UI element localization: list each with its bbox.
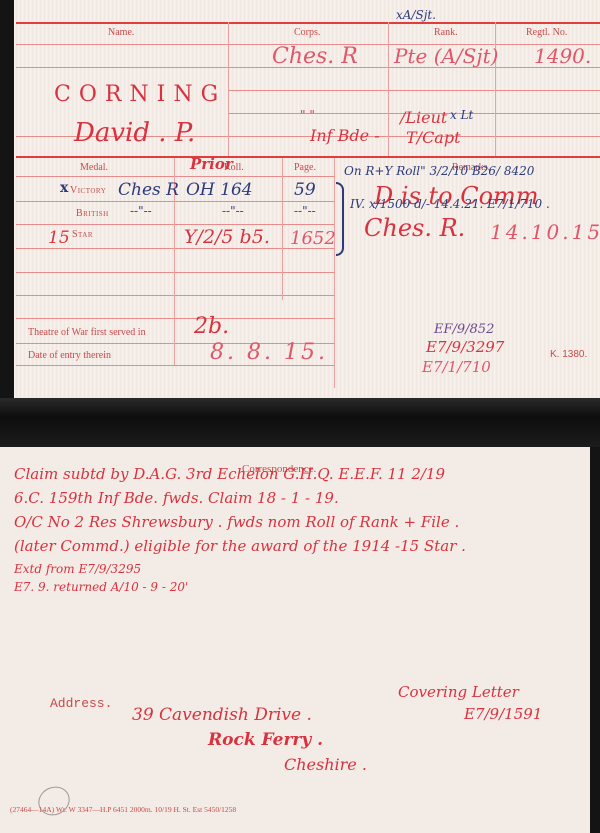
header-corps: Corps. <box>294 27 320 38</box>
medal-unit: --"-- <box>130 204 152 218</box>
surname: CORNING <box>54 82 226 107</box>
address-line-3: Cheshire . <box>284 755 367 774</box>
header-name: Name. <box>108 27 134 38</box>
corps-entry-1: Ches. R <box>272 44 358 69</box>
header-page: Page. <box>294 162 316 173</box>
correspondence-line-4: (later Commd.) eligible for the award of… <box>14 537 466 555</box>
remarks-overlay-2: Ches. R. <box>364 214 465 242</box>
rank-entry-1: Pte (A/Sjt) <box>394 44 498 68</box>
medal-name: Star <box>72 229 93 240</box>
correspondence-line-5: Extd from E7/9/3295 <box>14 562 141 576</box>
reference-3: E7/1/710 <box>422 358 491 376</box>
address-line-2: Rock Ferry . <box>208 730 323 750</box>
correspondence-line-1: Claim subtd by D.A.G. 3rd Echelon G.H.Q.… <box>14 465 445 483</box>
medal-roll: OH 164 <box>186 180 253 200</box>
corps-ditto: " " <box>300 108 315 122</box>
corps-entry-2: Inf Bde - <box>310 126 380 145</box>
rank-annotation: xA/Sjt. <box>396 8 436 22</box>
initials-mark-icon <box>34 782 75 821</box>
row-mark: x <box>60 180 68 196</box>
divider-roll-page <box>282 158 283 300</box>
name-block-bottom-rule <box>16 156 600 158</box>
forename: David . P. <box>74 118 195 148</box>
rule <box>16 201 334 202</box>
divider-name-corps <box>228 22 229 156</box>
rule <box>16 176 334 177</box>
header-regtl-no: Regtl. No. <box>526 27 567 38</box>
address-line-1: 39 Cavendish Drive . <box>132 705 312 725</box>
roll-header-overwrite: Prior <box>190 155 233 173</box>
remarks-line-1: On R+Y Roll" 3/2/10 B26/ 8420 <box>344 164 534 178</box>
rule <box>16 224 334 225</box>
row-mark: 15 <box>48 228 70 248</box>
top-rule <box>16 22 600 24</box>
regtl-number: 1490. <box>534 44 591 68</box>
rank-entry-3: T/Capt <box>406 128 461 147</box>
rule <box>228 90 600 91</box>
brace-icon <box>336 182 344 256</box>
medal-name: British <box>76 208 109 219</box>
medal-page: --"-- <box>294 204 316 218</box>
correspondence-line-2: 6.C. 159th Inf Bde. fwds. Claim 18 - 1 -… <box>14 489 339 507</box>
reference-1: EF/9/852 <box>434 322 494 337</box>
divider-corps-rank <box>388 22 389 156</box>
theatre-value: 2b. <box>194 314 229 339</box>
correspondence-line-6: E7. 9. returned A/10 - 9 - 20' <box>14 580 188 594</box>
printer-imprint: (27464—14A) Wt. W 3347—H.P 6451 2000m. 1… <box>10 805 236 814</box>
rule <box>16 272 334 273</box>
medal-roll: Y/2/5 b5. <box>184 226 270 248</box>
address-label: Address. <box>50 696 112 711</box>
rule <box>16 318 334 319</box>
theatre-label: Theatre of War first served in <box>28 327 146 338</box>
rank-entry-2: /Lieut <box>400 108 447 127</box>
header-medal: Medal. <box>80 162 108 173</box>
rule <box>16 295 334 296</box>
divider-rank-regtl <box>495 22 496 156</box>
scan-background <box>0 398 600 447</box>
rank-entry-2-note: x Lt <box>450 108 473 122</box>
medal-roll: --"-- <box>222 204 244 218</box>
header-rank: Rank. <box>434 27 458 38</box>
remarks-overlay-date: 14.10.15 <box>490 220 600 244</box>
covering-letter-label: Covering Letter <box>398 683 519 701</box>
medal-card-back: Correspondence. Claim subtd by D.A.G. 3r… <box>0 447 590 833</box>
form-number: K. 1380. <box>550 349 587 360</box>
medal-page: 59 <box>294 180 316 200</box>
covering-letter-ref: E7/9/1591 <box>464 705 542 723</box>
entry-date-label: Date of entry therein <box>28 350 111 361</box>
remarks-line-2: IV. x/1500 d/- 14.4.21. E7/1/710 . <box>350 197 550 211</box>
rule <box>16 365 334 366</box>
divider-page-remarks <box>334 158 335 388</box>
medal-card-front: Name. Corps. Rank. Regtl. No. xA/Sjt. Ch… <box>14 0 600 398</box>
entry-date-value: 8. 8. 15. <box>210 340 328 365</box>
medal-unit: Ches R <box>118 180 179 200</box>
rule <box>16 248 334 249</box>
medal-page: 1652 <box>290 228 336 249</box>
reference-2: E7/9/3297 <box>426 338 504 356</box>
correspondence-line-3: O/C No 2 Res Shrewsbury . fwds nom Roll … <box>14 513 459 531</box>
medal-name: Victory <box>70 185 106 196</box>
